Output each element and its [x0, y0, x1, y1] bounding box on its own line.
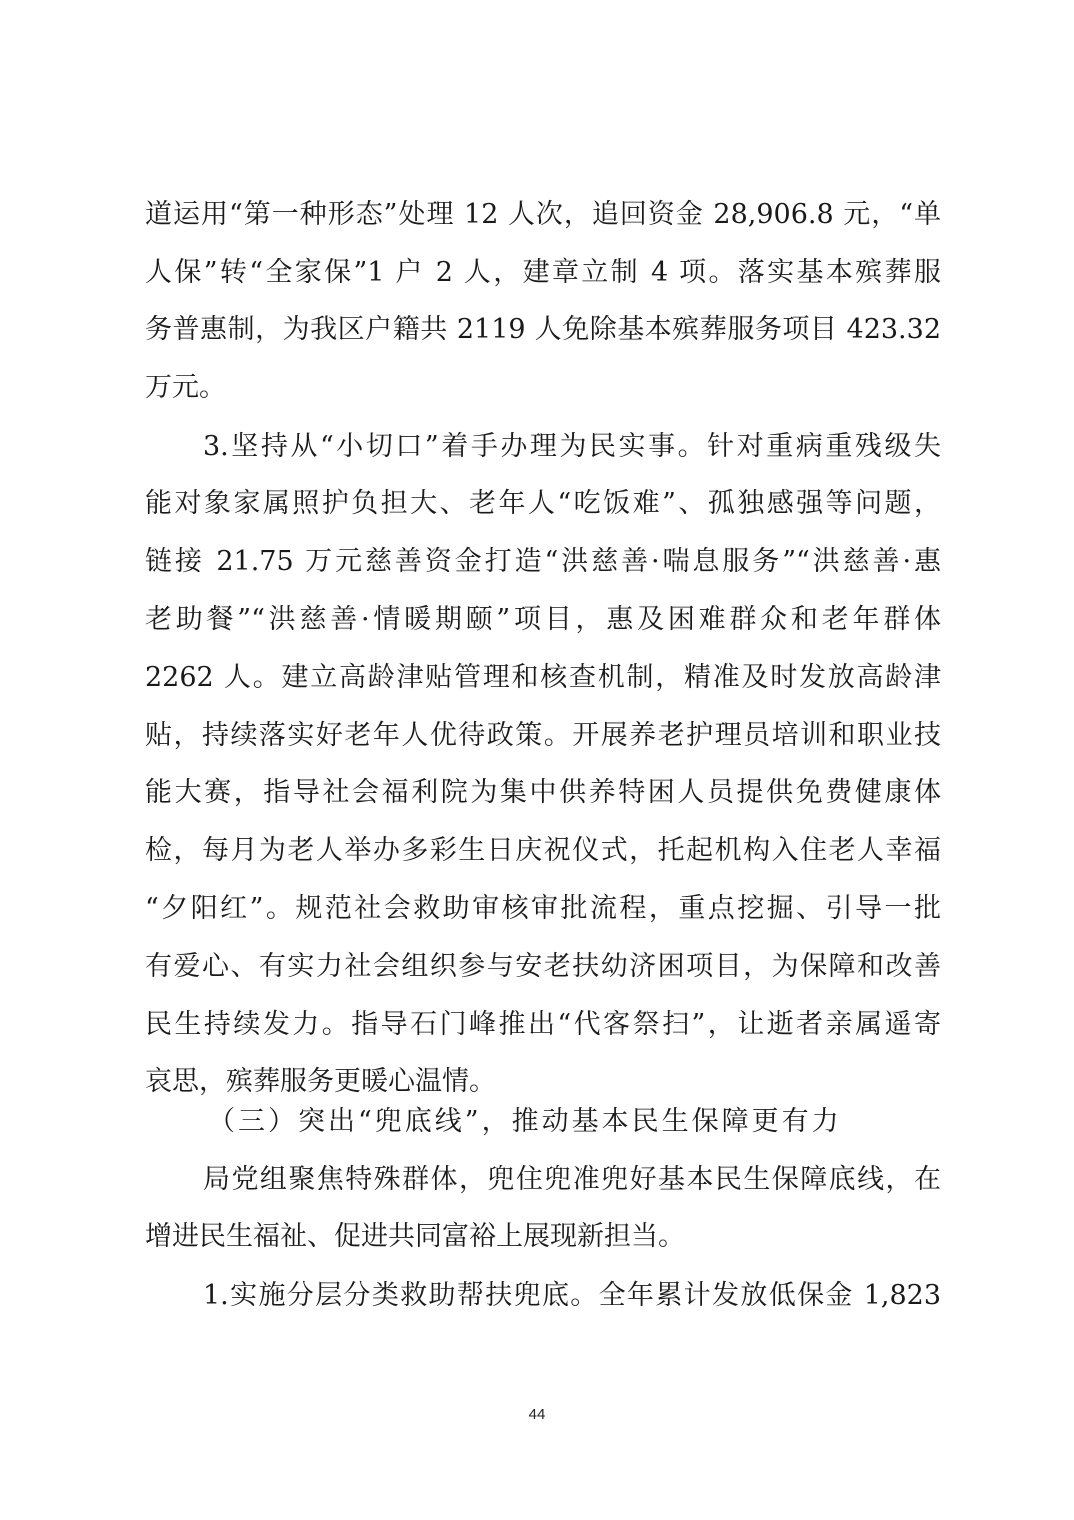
text-line: 民生持续发力。指导石门峰推出“代客祭扫”，让逝者亲属遥寄	[145, 1005, 941, 1045]
text-line: 万元。	[145, 368, 941, 408]
text-line: 务普惠制，为我区户籍共 2119 人免除基本殡葬服务项目 423.32	[145, 310, 941, 350]
text-line: 增进民生福祉、促进共同富裕上展现新担当。	[145, 1217, 941, 1257]
text-line: “夕阳红”。规范社会救助审核审批流程，重点挖掘、引导一批	[145, 889, 941, 929]
page-number: 44	[0, 1406, 1074, 1423]
text-line: 能大赛，指导社会福利院为集中供养特困人员提供免费健康体	[145, 773, 941, 813]
text-line: 链接 21.75 万元慈善资金打造“洪慈善·喘息服务”“洪慈善·惠	[145, 542, 941, 582]
text-line: 哀思，殡葬服务更暖心温情。	[145, 1062, 941, 1102]
text-line: 道运用“第一种形态”处理 12 人次，追回资金 28,906.8 元，“单	[145, 195, 941, 235]
text-line: 人保”转“全家保”1 户 2 人，建章立制 4 项。落实基本殡葬服	[145, 253, 941, 293]
text-line: 2262 人。建立高龄津贴管理和核查机制，精准及时发放高龄津	[145, 658, 941, 698]
section-heading: （三）突出“兜底线”，推动基本民生保障更有力	[208, 1102, 842, 1142]
text-line: 3.坚持从“小切口”着手办理为民实事。针对重病重残级失	[203, 427, 941, 467]
text-line: 检，每月为老人举办多彩生日庆祝仪式，托起机构入住老人幸福	[145, 831, 941, 871]
text-line: 局党组聚焦特殊群体，兜住兜准兜好基本民生保障底线，在	[203, 1160, 941, 1200]
text-line: 1.实施分层分类救助帮扶兜底。全年累计发放低保金 1,823	[203, 1276, 941, 1316]
text-line: 能对象家属照护负担大、老年人“吃饭难”、孤独感强等问题，	[145, 484, 941, 524]
document-page: 道运用“第一种形态”处理 12 人次，追回资金 28,906.8 元，“单人保”…	[0, 0, 1074, 1520]
text-line: 有爱心、有实力社会组织参与安老扶幼济困项目，为保障和改善	[145, 947, 941, 987]
text-line: 贴，持续落实好老年人优待政策。开展养老护理员培训和职业技	[145, 716, 941, 756]
text-line: 老助餐”“洪慈善·情暖期颐”项目，惠及困难群众和老年群体	[145, 600, 941, 640]
